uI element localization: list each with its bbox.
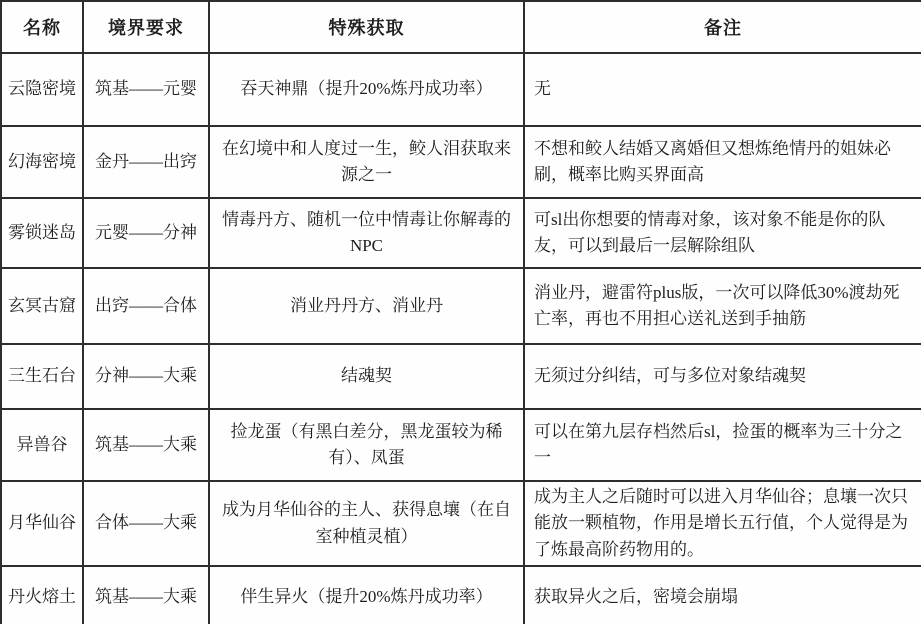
table-row: 三生石台 分神——大乘 结魂契 无须过分纠结，可与多位对象结魂契: [1, 344, 921, 409]
acquisition-cell: 捡龙蛋（有黑白差分，黑龙蛋较为稀有）、凤蛋: [209, 409, 524, 481]
name-cell: 月华仙谷: [1, 481, 83, 566]
realm-cell: 筑基——大乘: [83, 409, 209, 481]
realm-cell: 金丹——出窍: [83, 126, 209, 198]
acquisition-cell: 消业丹丹方、消业丹: [209, 268, 524, 344]
note-cell: 无: [524, 53, 921, 126]
acquisition-cell: 吞天神鼎（提升20%炼丹成功率）: [209, 53, 524, 126]
realm-cell: 筑基——元婴: [83, 53, 209, 126]
acquisition-cell: 在幻境中和人度过一生，鲛人泪获取来源之一: [209, 126, 524, 198]
acquisition-cell: 情毒丹方、随机一位中情毒让你解毒的NPC: [209, 198, 524, 268]
note-cell: 可sl出你想要的情毒对象，该对象不能是你的队友，可以到最后一层解除组队: [524, 198, 921, 268]
name-cell: 云隐密境: [1, 53, 83, 126]
table-row: 云隐密境 筑基——元婴 吞天神鼎（提升20%炼丹成功率） 无: [1, 53, 921, 126]
name-cell: 三生石台: [1, 344, 83, 409]
name-cell: 玄冥古窟: [1, 268, 83, 344]
name-cell: 异兽谷: [1, 409, 83, 481]
note-cell: 不想和鲛人结婚又离婚但又想炼绝情丹的姐妹必刷，概率比购买界面高: [524, 126, 921, 198]
note-cell: 成为主人之后随时可以进入月华仙谷；息壤一次只能放一颗植物，作用是增长五行值，个人…: [524, 481, 921, 566]
table-row: 玄冥古窟 出窍——合体 消业丹丹方、消业丹 消业丹，避雷符plus版，一次可以降…: [1, 268, 921, 344]
realm-cell: 分神——大乘: [83, 344, 209, 409]
column-header-acquisition: 特殊获取: [209, 1, 524, 53]
note-cell: 消业丹，避雷符plus版，一次可以降低30%渡劫死亡率，再也不用担心送礼送到手抽…: [524, 268, 921, 344]
note-cell: 无须过分纠结，可与多位对象结魂契: [524, 344, 921, 409]
realm-cell: 出窍——合体: [83, 268, 209, 344]
table-row: 雾锁迷岛 元婴——分神 情毒丹方、随机一位中情毒让你解毒的NPC 可sl出你想要…: [1, 198, 921, 268]
secret-realm-guide-table: 名称 境界要求 特殊获取 备注 云隐密境 筑基——元婴 吞天神鼎（提升20%炼丹…: [0, 0, 921, 624]
column-header-realm: 境界要求: [83, 1, 209, 53]
realm-cell: 元婴——分神: [83, 198, 209, 268]
column-header-note: 备注: [524, 1, 921, 53]
acquisition-cell: 成为月华仙谷的主人、获得息壤（在自室种植灵植）: [209, 481, 524, 566]
table-row: 幻海密境 金丹——出窍 在幻境中和人度过一生，鲛人泪获取来源之一 不想和鲛人结婚…: [1, 126, 921, 198]
table-row: 丹火熔土 筑基——大乘 伴生异火（提升20%炼丹成功率） 获取异火之后，密境会崩…: [1, 566, 921, 624]
name-cell: 雾锁迷岛: [1, 198, 83, 268]
table-row: 异兽谷 筑基——大乘 捡龙蛋（有黑白差分，黑龙蛋较为稀有）、凤蛋 可以在第九层存…: [1, 409, 921, 481]
note-cell: 可以在第九层存档然后sl，捡蛋的概率为三十分之一: [524, 409, 921, 481]
acquisition-cell: 伴生异火（提升20%炼丹成功率）: [209, 566, 524, 624]
name-cell: 幻海密境: [1, 126, 83, 198]
realm-cell: 合体——大乘: [83, 481, 209, 566]
acquisition-cell: 结魂契: [209, 344, 524, 409]
header-row: 名称 境界要求 特殊获取 备注: [1, 1, 921, 53]
realm-cell: 筑基——大乘: [83, 566, 209, 624]
name-cell: 丹火熔土: [1, 566, 83, 624]
table-row: 月华仙谷 合体——大乘 成为月华仙谷的主人、获得息壤（在自室种植灵植） 成为主人…: [1, 481, 921, 566]
column-header-name: 名称: [1, 1, 83, 53]
note-cell: 获取异火之后，密境会崩塌: [524, 566, 921, 624]
